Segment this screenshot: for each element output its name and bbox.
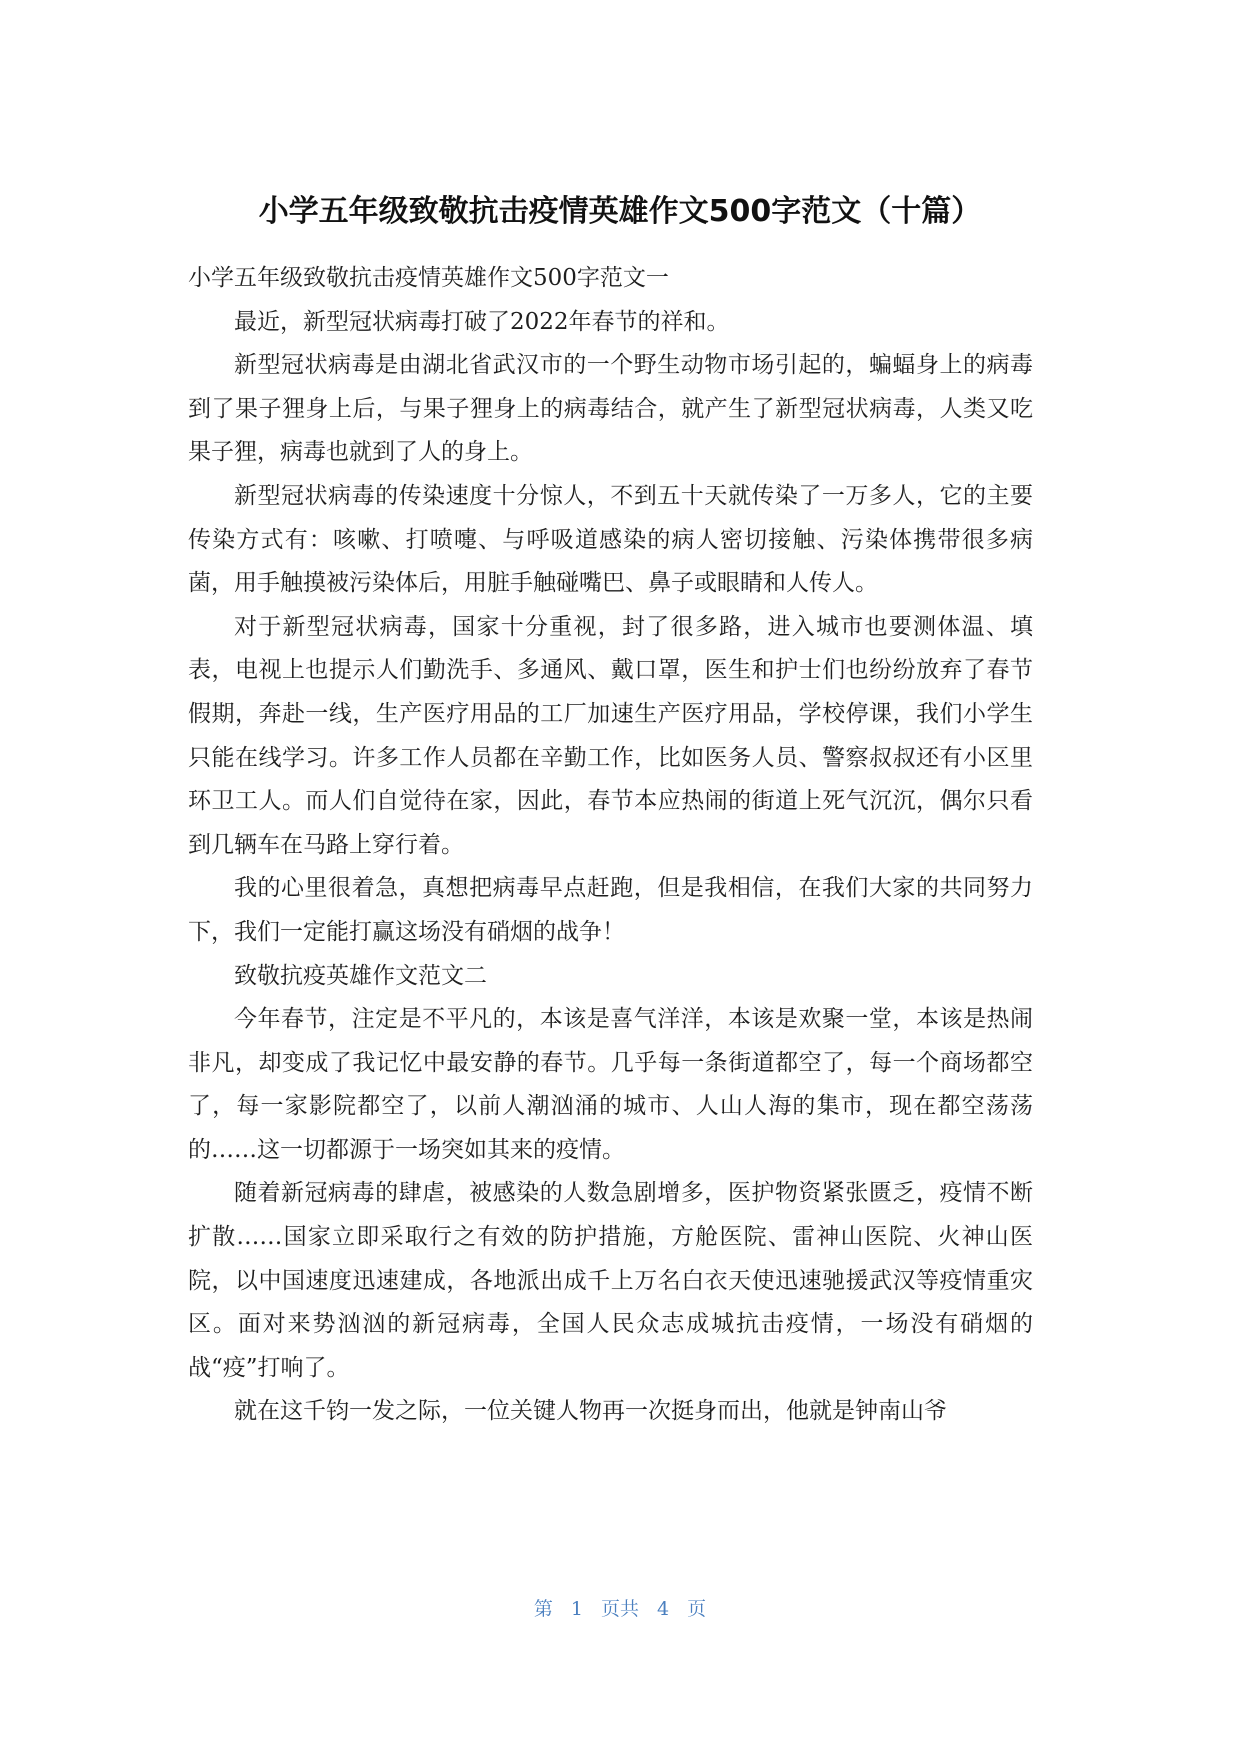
current-page-number: 1 <box>571 1595 583 1623</box>
paragraph: 就在这千钧一发之际，一位关键人物再一次挺身而出，他就是钟南山爷 <box>188 1390 1033 1434</box>
paragraph: 我的心里很着急，真想把病毒早点赶跑，但是我相信，在我们大家的共同努力下，我们一定… <box>188 867 1033 954</box>
paragraph: 最近，新型冠状病毒打破了2022年春节的祥和。 <box>188 301 1033 345</box>
document-title: 小学五年级致敬抗击疫情英雄作文500字范文（十篇） <box>0 190 1240 234</box>
document-page: 小学五年级致敬抗击疫情英雄作文500字范文（十篇） 小学五年级致敬抗击疫情英雄作… <box>0 0 1240 1753</box>
paragraph: 对于新型冠状病毒，国家十分重视，封了很多路，进入城市也要测体温、填表，电视上也提… <box>188 606 1033 868</box>
paragraph: 今年春节，注定是不平凡的，本该是喜气洋洋，本该是欢聚一堂，本该是热闹非凡，却变成… <box>188 998 1033 1172</box>
total-pages-number: 4 <box>657 1595 669 1623</box>
footer-prefix: 第 <box>534 1595 553 1623</box>
document-body: 小学五年级致敬抗击疫情英雄作文500字范文一 最近，新型冠状病毒打破了2022年… <box>188 257 1033 1434</box>
paragraph: 新型冠状病毒的传染速度十分惊人，不到五十天就传染了一万多人，它的主要传染方式有：… <box>188 475 1033 606</box>
paragraph: 新型冠状病毒是由湖北省武汉市的一个野生动物市场引起的，蝙蝠身上的病毒到了果子狸身… <box>188 344 1033 475</box>
section-heading-1: 小学五年级致敬抗击疫情英雄作文500字范文一 <box>188 257 1033 301</box>
paragraph: 随着新冠病毒的肆虐，被感染的人数急剧增多，医护物资紧张匮乏，疫情不断扩散……国家… <box>188 1172 1033 1390</box>
footer-middle: 页共 <box>601 1595 639 1623</box>
page-footer: 第1页共4页 <box>0 1595 1240 1623</box>
footer-suffix: 页 <box>687 1595 706 1623</box>
section-heading-2: 致敬抗疫英雄作文范文二 <box>188 955 1033 999</box>
